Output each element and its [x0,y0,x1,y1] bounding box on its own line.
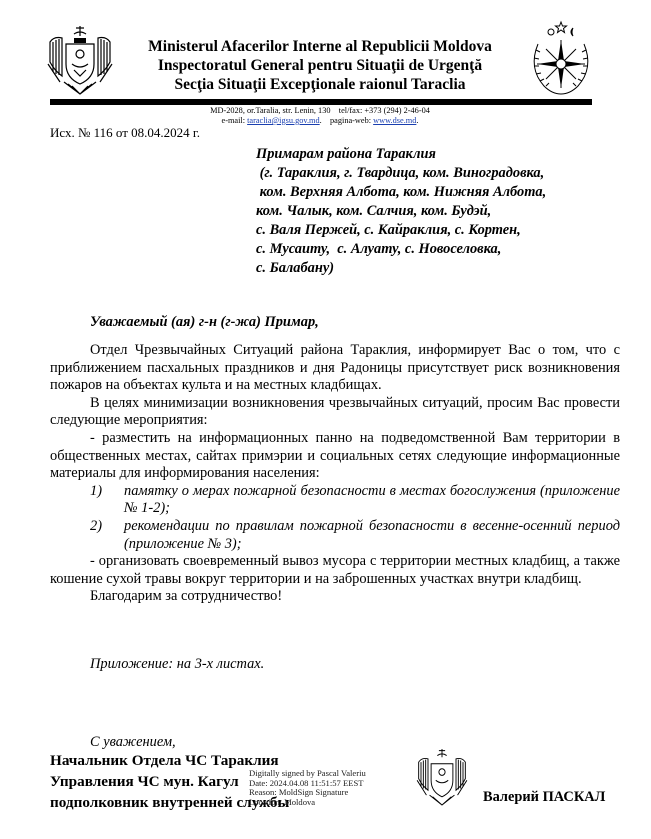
contact-info: MD-2028, or.Taralia, str. Lenin, 130 tel… [120,106,520,126]
address: MD-2028, or.Taralia, str. Lenin, 130 [210,106,330,115]
thanks-line: Благодарим за сотрудничество! [50,588,620,606]
paragraph-measure-2: - организовать своевременный вывоз мусор… [50,553,620,588]
website-link[interactable]: www.dse.md [373,116,416,125]
list-item: 1) памятку о мерах пожарной безопасности… [50,483,620,518]
list-item: 2) рекомендации по правилам пожарной без… [50,518,620,553]
inspectorate-name: Inspectoratul General pentru Situaţii de… [110,56,530,75]
letter-body: Отдел Чрезвычайных Ситуаций района Тарак… [50,342,620,606]
addressee-line: ком. Чалык, ком. Салчия, ком. Будэй, [256,202,546,221]
list-item-number: 1) [90,483,102,501]
institution-header: Ministerul Afacerilor Interne al Republi… [110,37,530,94]
addressee-line: Примарам района Тараклия [256,145,546,164]
addressee-line: с. Балабану) [256,259,546,278]
igsu-emblem-icon [526,18,596,98]
paragraph-intro: Отдел Чрезвычайных Ситуаций района Тарак… [50,342,620,395]
outgoing-reference: Исх. № 116 от 08.04.2024 г. [50,125,200,141]
addressee-line: с. Валя Пержей, с. Кайраклия, с. Кортен, [256,221,546,240]
moldova-coat-of-arms-icon [44,20,116,100]
header-divider [50,99,592,105]
list-item-number: 2) [90,518,102,536]
email-label: e-mail: [222,116,246,125]
addressee-line: с. Мусаиту, с. Алуату, с. Новоселовка, [256,240,546,259]
list-item-text: памятку о мерах пожарной безопасности в … [124,483,620,517]
section-name: Secţia Situaţii Excepţionale raionul Tar… [110,75,530,94]
digital-signature-stamp[interactable]: Digitally signed by Pascal Valeriu Date:… [249,769,366,807]
addressee-block: Примарам района Тараклия (г. Тараклия, г… [256,145,546,278]
phone: tel/fax: +373 (294) 2-46-04 [339,106,430,115]
ministry-name: Ministerul Afacerilor Interne al Republi… [110,37,530,56]
addressee-line: (г. Тараклия, г. Твардица, ком. Виноград… [256,164,546,183]
web-label: pagina-web: [330,116,371,125]
closing-regards: С уважением, [90,734,176,751]
paragraph-request: В целях минимизации возникновения чрезвы… [50,395,620,430]
list-item-text: рекомендации по правилам пожарной безопа… [124,518,620,552]
materials-list: 1) памятку о мерах пожарной безопасности… [50,483,620,553]
signature-location: Location: Moldova [249,798,366,808]
signer-name: Валерий ПАСКАЛ [483,789,605,806]
addressee-line: ком. Верхняя Албота, ком. Нижняя Албота, [256,183,546,202]
greeting: Уважаемый (ая) г-н (г-жа) Примар, [90,314,319,331]
paragraph-measure-1: - разместить на информационных панно на … [50,430,620,483]
appendix-note: Приложение: на 3-х листах. [90,656,264,673]
moldova-coat-of-arms-icon [414,744,470,810]
email-link[interactable]: taraclia@igsu.gov.md [247,116,320,125]
